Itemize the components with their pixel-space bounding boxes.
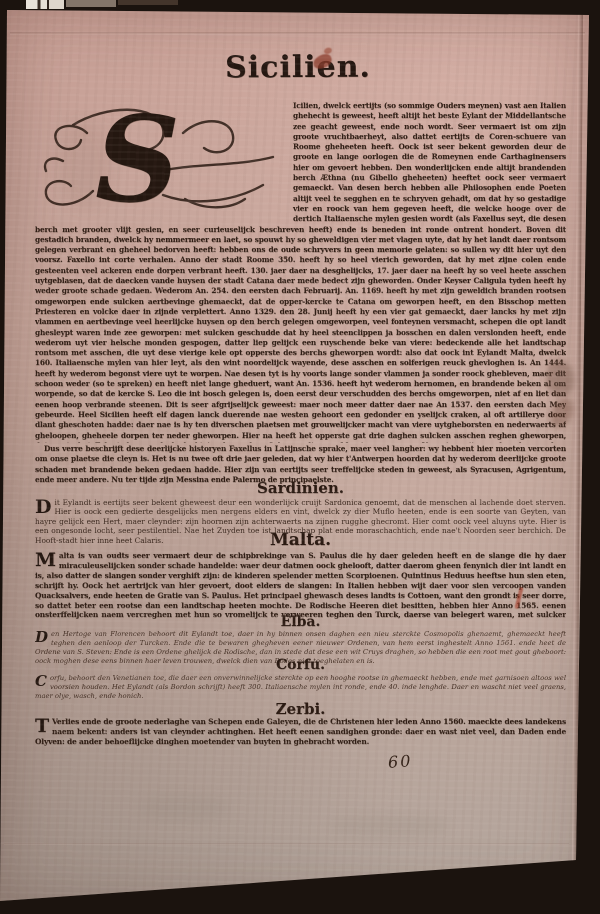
section-paragraph-sardinien: D it Eylandt is eertijts seer bekent ghe… [35,498,566,545]
drop-cap-s-ornament: S [35,103,287,217]
ink-stain [546,360,574,396]
drop-cap-d: D [35,498,51,516]
elba-text: en Hertoge van Florencen behoort dit Eyl… [35,630,566,665]
ink-stain [547,395,576,430]
section-heading-sardinien: Sardinien. [35,479,566,497]
book-photo: Sicilien. S [0,0,600,914]
sicilien-text-body: hooge over de dertich Italiaensche mylen… [35,204,566,443]
section-heading-malta: Malta. [35,530,566,550]
section-heading-corfu: Corfu. [35,657,566,673]
corfu-text: orfu, behoort den Venetianen toe, die da… [35,674,566,700]
drop-cap-t: T [35,717,49,735]
red-ink-blot [311,52,333,70]
page-number: 60 [387,751,413,772]
sardinien-text: it Eylandt is eertijts seer bekent ghewe… [35,498,566,545]
section-paragraph-malta: M alta is van oudts seer vermaert deur d… [35,551,566,621]
sicilien-text-lead: Icilien, dwelck eertijts (so sommige Oud… [293,101,566,213]
paper-stain [330,815,450,837]
drop-cap-d: D [35,630,48,644]
zerbi-text: Verlies ende de groote nederlaghe van Sc… [35,717,566,746]
malta-text: alta is van oudts seer vermaert deur de … [35,551,566,621]
red-ink-mark [514,587,523,609]
sicilien-paragraph-close: Dus verre beschrijft dese deerlijcke his… [35,444,566,486]
drop-cap-c: C [35,674,47,688]
prev-page-fragment [26,0,64,9]
paper-stain [60,120,110,210]
drop-cap-letter: S [95,103,180,217]
section-heading-elba: Elba. [35,614,566,630]
prev-page-fragment [118,0,178,5]
section-paragraph-zerbi: T Verlies ende de groote nederlaghe van … [35,717,566,757]
book-page: Sicilien. S [0,0,600,914]
fold-crease [10,32,585,35]
paper-stain [140,795,230,821]
section-paragraph-elba: D en Hertoge van Florencen behoort dit E… [35,630,566,667]
section-paragraph-corfu: C orfu, behoort den Venetianen toe, die … [35,674,566,702]
section-heading-zerbi: Zerbi. [35,700,566,718]
prev-page-fragment [66,0,116,7]
sicilien-paragraph: S Icilien, dwelck eertijts (so sommige O… [35,101,566,443]
drop-cap-m: M [35,551,56,569]
fold-crease [4,843,569,845]
page-title: Sicilien. [0,48,596,86]
page-edge [572,12,583,862]
